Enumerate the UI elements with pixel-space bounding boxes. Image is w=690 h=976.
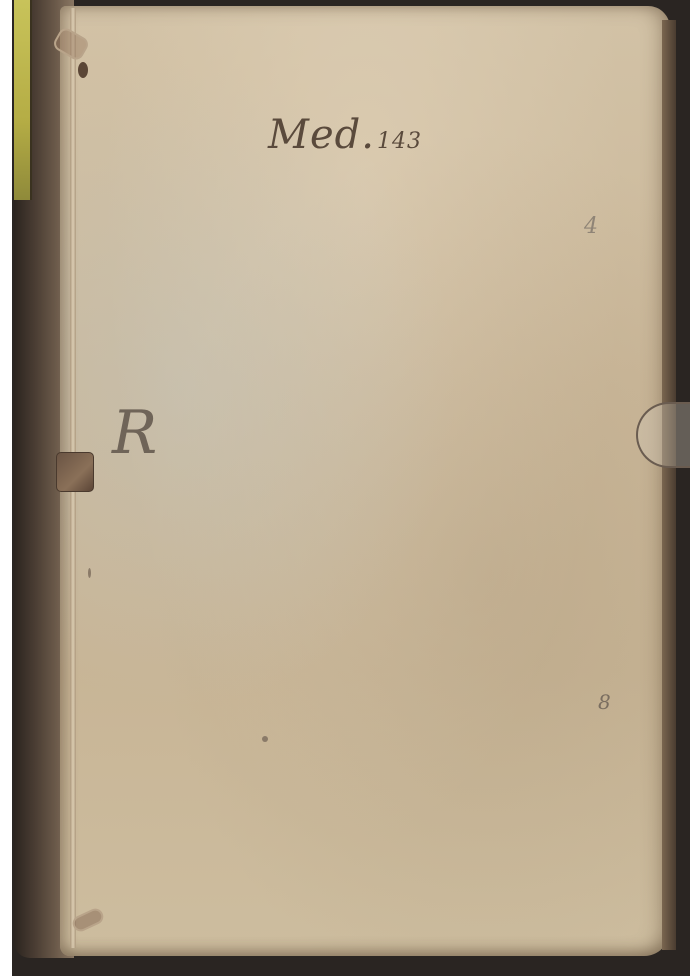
clasp-tab-icon: [56, 452, 94, 492]
tie-knot-icon: [78, 62, 88, 78]
shelfmark-prefix: Med.: [268, 112, 375, 158]
stain-speck: [88, 568, 91, 578]
shelfmark-inscription: Med.143: [268, 112, 422, 158]
right-mark: 4: [584, 214, 598, 239]
lower-mark: 8: [598, 690, 611, 714]
letter-r-inscription: R: [112, 398, 157, 468]
shelfmark-number: 143: [377, 129, 422, 154]
fore-edge: [662, 20, 676, 950]
spine-label: [14, 0, 32, 200]
stain-speck: [262, 736, 268, 742]
